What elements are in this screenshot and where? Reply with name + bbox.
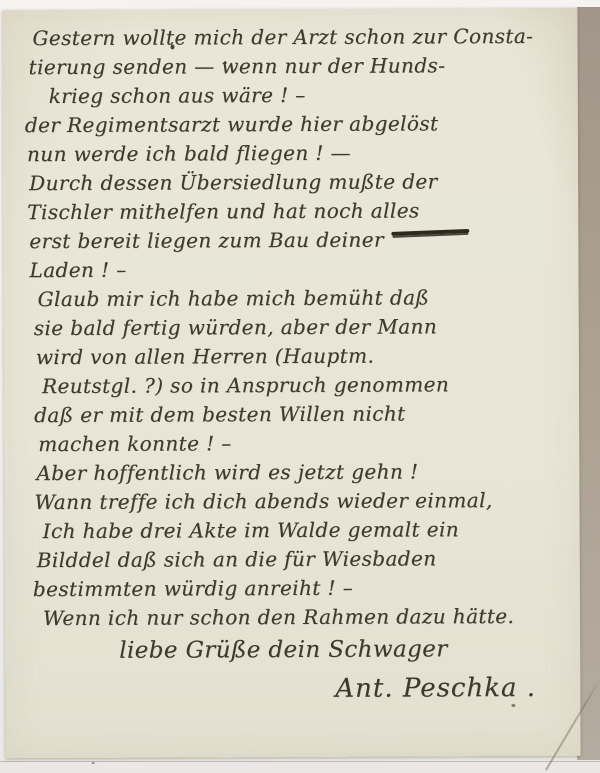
- letter-line: Bilddel daß sich an die für Wiesbaden: [37, 544, 572, 575]
- letter-line: Tischler mithelfen und hat noch alles: [27, 196, 570, 227]
- letter-closing-line: liebe Grüße dein Schwager: [119, 631, 572, 669]
- letter-line: Glaub mir ich habe mich bemüht daß: [38, 283, 571, 314]
- letter-line: Aber hoffentlich wird es jetzt gehn !: [36, 457, 571, 488]
- letter-line: Gestern wollte mich der Arzt schon zur C…: [32, 22, 569, 53]
- letter-line: der Regimentsarzt wurde hier abgelöst: [25, 109, 570, 140]
- scanned-letter-page: Gestern wollte mich der Arzt schon zur C…: [0, 0, 600, 773]
- letter-line: nun werde ich bald fliegen ! —: [27, 138, 570, 169]
- letter-line: sie bald fertig würden, aber der Mann: [34, 312, 571, 343]
- ink-speck: [92, 762, 95, 764]
- letter-line: Laden ! –: [29, 254, 570, 285]
- letter-line: Durch dessen Übersiedlung mußte der: [29, 167, 570, 198]
- letter-line: Ich habe drei Akte im Walde gemalt ein: [43, 515, 572, 546]
- letter-line: wird von allen Herren (Hauptm.: [36, 341, 571, 372]
- scan-backdrop-right-strip: [577, 7, 600, 760]
- letter-line: Wann treffe ich dich abends wieder einma…: [34, 486, 571, 517]
- letter-body: Gestern wollte mich der Arzt schon zur C…: [24, 22, 572, 711]
- letter-paper: Gestern wollte mich der Arzt schon zur C…: [2, 8, 580, 759]
- letter-signature-line: Ant. Peschka .: [335, 667, 572, 710]
- letter-line: machen konnte ! –: [38, 428, 571, 459]
- letter-line: erst bereit liegen zum Bau deiner: [29, 225, 570, 256]
- letter-line: krieg schon aus wäre ! –: [49, 80, 570, 111]
- letter-line: Reutstgl. ?) so in Anspruch genommen: [42, 370, 571, 401]
- letter-line: daß er mit dem besten Willen nicht: [34, 399, 571, 430]
- letter-line: tierung senden — wenn nur der Hunds-: [29, 51, 570, 82]
- letter-line: bestimmten würdig anreiht ! –: [33, 573, 572, 604]
- letter-line: Wenn ich nur schon den Rahmen dazu hätte…: [43, 602, 572, 633]
- scan-backdrop-seam: [0, 761, 600, 762]
